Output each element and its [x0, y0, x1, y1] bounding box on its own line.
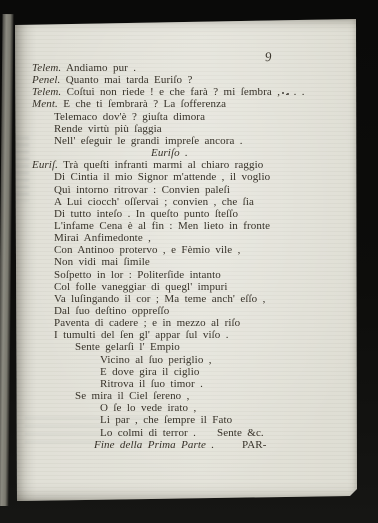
- poem-line: Euriſo .: [151, 147, 188, 159]
- verse-text: O ſe lo vede irato ,: [100, 402, 196, 414]
- poem-line: Se mira il Ciel ſereno ,: [75, 390, 190, 402]
- poem-line: Non vidi mai ſimile: [54, 256, 150, 268]
- speaker-or-direction-label: Ment.: [32, 98, 58, 110]
- verse-text: I tumulti del ſen gl' appar ſul viſo .: [54, 329, 229, 341]
- poem-line: Fine della Prima Parte .PAR-: [94, 439, 214, 451]
- verse-text: Di tutto inteſo . In queſto punto ſteſſo: [54, 208, 238, 220]
- book-gutter-edge: [0, 14, 14, 506]
- verse-text: Quanto mai tarda Euriſo ?: [60, 74, 192, 86]
- speaker-or-direction-label: Telem.: [32, 86, 61, 98]
- speaker-or-direction-label: Penel.: [32, 74, 60, 86]
- poem-line: Sente gelarſi l' Empio: [75, 341, 180, 353]
- speaker-or-direction-label: Fine della Prima Parte .: [94, 439, 214, 451]
- verse-text: Quì intorno ritrovar : Convien paleſi: [54, 184, 230, 196]
- verse-text: Nell' eſeguir le grandi impreſe ancora .: [54, 135, 243, 147]
- verse-text: Sente &c.: [217, 427, 264, 439]
- speaker-or-direction-label: Euriſ.: [32, 159, 58, 171]
- verse-text: Sente gelarſi l' Empio: [75, 341, 180, 353]
- poem: Telem. Andiamo pur .Penel. Quanto mai ta…: [13, 19, 357, 501]
- verse-text: Ritrova il ſuo timor .: [100, 378, 203, 390]
- poem-line: Euriſ. Trà queſti infranti marmi al chia…: [32, 159, 263, 171]
- verse-text: Non vidi mai ſimile: [54, 256, 150, 268]
- poem-line: Telem. Andiamo pur .: [32, 62, 136, 74]
- poem-line: E dove gira il ciglio: [100, 366, 199, 378]
- poem-line: Vicino al ſuo periglio ,: [100, 354, 212, 366]
- verse-text: Mirai Anfimedonte ,: [54, 232, 151, 244]
- verse-text: Di Cintia il mio Signor m'attende , il v…: [54, 171, 270, 183]
- poem-line: Telem. Coſtui non riede ! e che farà ? m…: [32, 86, 305, 98]
- verse-text: Se mira il Ciel ſereno ,: [75, 390, 190, 402]
- poem-line: Nell' eſeguir le grandi impreſe ancora .: [54, 135, 243, 147]
- poem-line: Telemaco dov'è ? giuſta dimora: [54, 111, 205, 123]
- verse-text: Col folle vaneggiar di quegl' impuri: [54, 281, 228, 293]
- poem-line: Mirai Anfimedonte ,: [54, 232, 151, 244]
- verse-text: Coſtui non riede ! e che farà ? mi ſembr…: [61, 86, 304, 98]
- verse-text: Andiamo pur .: [61, 62, 136, 74]
- verse-text: Dal ſuo deſtino oppreſſo: [54, 305, 169, 317]
- poem-line: Penel. Quanto mai tarda Euriſo ?: [32, 74, 192, 86]
- poem-line: Di tutto inteſo . In queſto punto ſteſſo: [54, 208, 238, 220]
- poem-line: Ritrova il ſuo timor .: [100, 378, 203, 390]
- verse-text: Soſpetto in lor : Politerſide intanto: [54, 269, 221, 281]
- poem-line: Soſpetto in lor : Politerſide intanto: [54, 269, 221, 281]
- verse-text: PAR-: [242, 439, 266, 451]
- verse-text: E che ti ſembrarà ? La ſofferenza: [58, 98, 226, 110]
- verse-text: Trà queſti infranti marmi al chiaro ragg…: [58, 159, 263, 171]
- verse-text: Va luſingando il cor ; Ma teme anch' eſſ…: [54, 293, 265, 305]
- verse-text: Telemaco dov'è ? giuſta dimora: [54, 111, 205, 123]
- poem-line: Li par , che ſempre il Fato: [100, 414, 232, 426]
- poem-line: Ment. E che ti ſembrarà ? La ſofferenza: [32, 98, 226, 110]
- verse-text: E dove gira il ciglio: [100, 366, 199, 378]
- poem-line: Lo colmi di terror .Sente &c.: [100, 427, 196, 439]
- poem-line: Di Cintia il mio Signor m'attende , il v…: [54, 171, 270, 183]
- verse-text: L'infame Cena è al fin : Men lieto in fr…: [54, 220, 270, 232]
- poem-line: O ſe lo vede irato ,: [100, 402, 196, 414]
- verse-text: Rende virtù più ſaggia: [54, 123, 162, 135]
- poem-line: Paventa di cadere ; e in mezzo al riſo: [54, 317, 240, 329]
- poem-line: Dal ſuo deſtino oppreſſo: [54, 305, 169, 317]
- poem-line: I tumulti del ſen gl' appar ſul viſo .: [54, 329, 229, 341]
- verse-text: Paventa di cadere ; e in mezzo al riſo: [54, 317, 240, 329]
- poem-line: A Lui ciocch' oſſervai ; convien , che ſ…: [54, 196, 254, 208]
- poem-line: Va luſingando il cor ; Ma teme anch' eſſ…: [54, 293, 265, 305]
- poem-line: Rende virtù più ſaggia: [54, 123, 162, 135]
- verse-text: Li par , che ſempre il Fato: [100, 414, 232, 426]
- verse-text: A Lui ciocch' oſſervai ; convien , che ſ…: [54, 196, 254, 208]
- poem-line: Quì intorno ritrovar : Convien paleſi: [54, 184, 230, 196]
- book-scan: 9 Telem. Andiamo pur .Penel. Quanto mai …: [0, 0, 378, 523]
- verse-text: Con Antinoo protervo , e Fèmio vile ,: [54, 244, 241, 256]
- book-page: 9 Telem. Andiamo pur .Penel. Quanto mai …: [13, 19, 357, 501]
- poem-line: Col folle vaneggiar di quegl' impuri: [54, 281, 228, 293]
- speaker-or-direction-label: Telem.: [32, 62, 61, 74]
- poem-line: L'infame Cena è al fin : Men lieto in fr…: [54, 220, 270, 232]
- verse-text: Vicino al ſuo periglio ,: [100, 354, 212, 366]
- verse-text: Lo colmi di terror .: [100, 427, 196, 439]
- poem-line: Con Antinoo protervo , e Fèmio vile ,: [54, 244, 241, 256]
- speaker-or-direction-label: Euriſo .: [151, 147, 188, 159]
